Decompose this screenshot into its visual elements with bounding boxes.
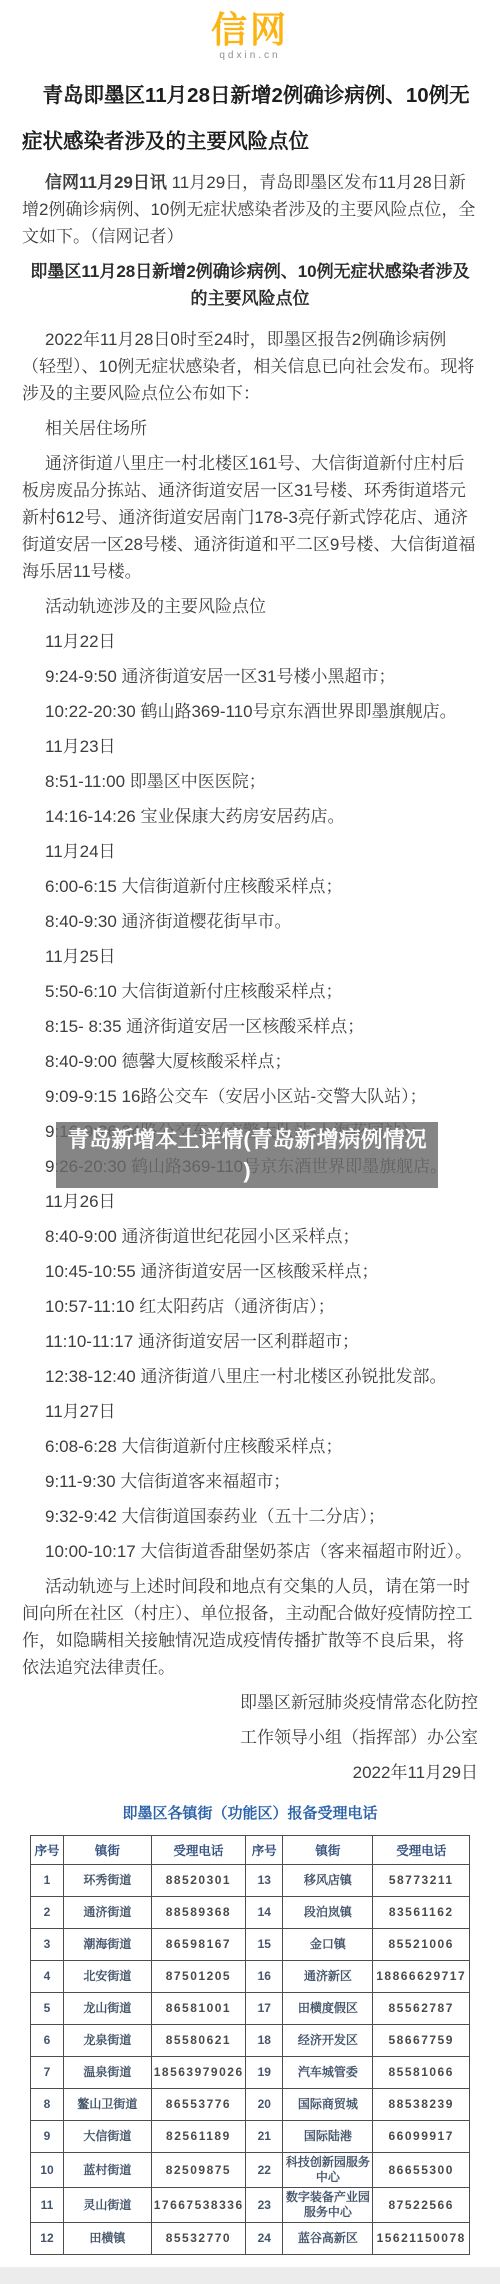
table-cell: 88589368 (151, 1897, 245, 1929)
date-heading: 11月23日 (22, 733, 478, 760)
table-cell: 18866629717 (373, 1961, 470, 1993)
timeline-entry: 8:40-9:00 德馨大厦核酸采样点； (22, 1048, 478, 1075)
intro-lead: 信网11月29日讯 (45, 173, 167, 192)
signoff-line: 即墨区新冠肺炎疫情常态化防控 (22, 1689, 478, 1716)
table-cell: 通济新区 (283, 1961, 373, 1993)
table-cell: 83561162 (373, 1897, 470, 1929)
table-cell: 20 (246, 2089, 283, 2121)
table-row: 12田横镇8553277024蓝谷高新区15621150078 (31, 2223, 470, 2255)
table-cell: 2 (31, 1897, 64, 1929)
table-cell: 88520301 (151, 1865, 245, 1897)
timeline-entry: 10:22-20:30 鹤山路369-110号京东酒世界即墨旗舰店。 (22, 698, 478, 725)
table-cell: 66099917 (373, 2121, 470, 2153)
timeline-entry: 8:51-11:00 即墨区中医医院； (22, 768, 478, 795)
table-row: 9大信街道8256118921国际陆港66099917 (31, 2121, 470, 2153)
table-row: 2通济街道8858936814段泊岚镇83561162 (31, 1897, 470, 1929)
table-cell: 通济街道 (63, 1897, 151, 1929)
phone-table-section: 即墨区各镇街（功能区）报备受理电话 序号 镇街 受理电话 序号 镇街 受理电话 … (30, 1802, 470, 2284)
date-heading: 11月26日 (22, 1188, 478, 1215)
table-cell: 7 (31, 2057, 64, 2089)
column-header: 序号 (246, 1836, 283, 1865)
signoff-line: 2022年11月29日 (22, 1759, 478, 1786)
table-cell: 3 (31, 1929, 64, 1961)
table-cell: 88538239 (373, 2089, 470, 2121)
table-cell: 潮海街道 (63, 1929, 151, 1961)
table-cell: 17 (246, 1993, 283, 2025)
table-header-row: 序号 镇街 受理电话 序号 镇街 受理电话 (31, 1836, 470, 1865)
table-cell: 4 (31, 1961, 64, 1993)
table-cell: 12 (31, 2223, 64, 2255)
timeline-entry: 9:09-9:15 16路公交车（安居小区站-交警大队站）； (22, 1083, 478, 1110)
timeline-entry: 9:24-9:50 通济街道安居一区31号楼小黑超市； (22, 663, 478, 690)
table-row: 8鳌山卫街道8655377620国际商贸城88538239 (31, 2089, 470, 2121)
timeline-entry: 14:16-14:26 宝业保康大药房安居药店。 (22, 803, 478, 830)
page-root: { "logo": { "text": "信网", "domain": "qdx… (0, 0, 500, 2284)
timeline-entry: 8:40-9:30 通济街道樱花街早市。 (22, 908, 478, 935)
table-row: 7温泉街道1856397902619汽车城管委85581066 (31, 2057, 470, 2089)
date-heading: 11月22日 (22, 628, 478, 655)
table-cell: 14 (246, 1897, 283, 1929)
watermark-line1: 青岛新增本土详情(青岛新增病例情况 (56, 1124, 438, 1155)
table-cell: 87522566 (373, 2188, 470, 2223)
table-cell: 87501205 (151, 1961, 245, 1993)
watermark-anchor: 9:16-9:26 34路公交车（交警大队站-上海花园站）； 9:26-20:3… (22, 1118, 478, 1180)
table-cell: 19 (246, 2057, 283, 2089)
table-cell: 17667538336 (151, 2188, 245, 2223)
signoff-line: 工作领导小组（指挥部）办公室 (22, 1724, 478, 1751)
table-cell: 6 (31, 2025, 64, 2057)
date-heading: 11月27日 (22, 1398, 478, 1425)
table-cell: 85581066 (373, 2057, 470, 2089)
table-row: 6龙泉街道8558062118经济开发区58667759 (31, 2025, 470, 2057)
table-cell: 移风店镇 (283, 1865, 373, 1897)
table-cell: 13 (246, 1865, 283, 1897)
timeline-entry: 8:40-9:00 通济街道世纪花园小区采样点； (22, 1223, 478, 1250)
section-label-risk-points: 活动轨迹涉及的主要风险点位 (22, 593, 478, 620)
table-cell: 田横镇 (63, 2223, 151, 2255)
table-cell: 23 (246, 2188, 283, 2223)
table-cell: 22 (246, 2153, 283, 2188)
table-cell: 国际商贸城 (283, 2089, 373, 2121)
table-cell: 5 (31, 1993, 64, 2025)
table-cell: 田横度假区 (283, 1993, 373, 2025)
article-subtitle: 即墨区11月28日新增2例确诊病例、10例无症状感染者涉及的主要风险点位 (22, 258, 478, 312)
table-cell: 灵山街道 (63, 2188, 151, 2223)
table-cell: 86581001 (151, 1993, 245, 2025)
column-header: 受理电话 (373, 1836, 470, 1865)
table-cell: 85562787 (373, 1993, 470, 2025)
phone-table: 序号 镇街 受理电话 序号 镇街 受理电话 1环秀街道8852030113移风店… (30, 1835, 470, 2255)
footer-bar (0, 2267, 500, 2284)
table-cell: 科技创新园服务中心 (283, 2153, 373, 2188)
timeline-entry: 6:00-6:15 大信街道新付庄核酸采样点； (22, 873, 478, 900)
site-logo-text: 信网 (0, 12, 500, 48)
table-cell: 蓝谷高新区 (283, 2223, 373, 2255)
watermark-overlay: 青岛新增本土详情(青岛新增病例情况 ) (56, 1122, 438, 1188)
table-cell: 龙山街道 (63, 1993, 151, 2025)
table-row: 4北安街道8750120516通济新区18866629717 (31, 1961, 470, 1993)
timeline-entry: 10:00-10:17 大信街道香甜堡奶茶店（客来福超市附近）。 (22, 1538, 478, 1565)
table-cell: 21 (246, 2121, 283, 2153)
table-cell: 温泉街道 (63, 2057, 151, 2089)
watermark-line2: ) (56, 1155, 438, 1186)
timeline-entry: 11:10-11:17 通济街道安居一区利群超市； (22, 1328, 478, 1355)
article-paragraph: 通济街道八里庄一村北楼区161号、大信街道新付庄村后板房废品分拣站、通济街道安居… (22, 450, 478, 585)
table-row: 10蓝村街道8250987522科技创新园服务中心86655300 (31, 2153, 470, 2188)
table-cell: 85521006 (373, 1929, 470, 1961)
table-cell: 国际陆港 (283, 2121, 373, 2153)
section-label-residences: 相关居住场所 (22, 415, 478, 442)
timeline-entry: 5:50-6:10 大信街道新付庄核酸采样点； (22, 978, 478, 1005)
timeline-entry: 12:38-12:40 通济街道八里庄一村北楼区孙锐批发部。 (22, 1363, 478, 1390)
timeline-entry: 9:32-9:42 大信街道国泰药业（五十二分店）； (22, 1503, 478, 1530)
table-cell: 24 (246, 2223, 283, 2255)
site-logo-domain: qdxin.cn (0, 51, 500, 61)
column-header: 序号 (31, 1836, 64, 1865)
table-cell: 龙泉街道 (63, 2025, 151, 2057)
table-cell: 鳌山卫街道 (63, 2089, 151, 2121)
table-row: 3潮海街道8659816715金口镇85521006 (31, 1929, 470, 1961)
table-cell: 数字装备产业园服务中心 (283, 2188, 373, 2223)
table-cell: 16 (246, 1961, 283, 1993)
article-title: 青岛即墨区11月28日新增2例确诊病例、10例无症状感染者涉及的主要风险点位 (22, 73, 478, 165)
table-row: 11灵山街道1766753833623数字装备产业园服务中心87522566 (31, 2188, 470, 2223)
table-cell: 15621150078 (373, 2223, 470, 2255)
article-paragraph: 活动轨迹与上述时间段和地点有交集的人员，请在第一时间向所在社区（村庄）、单位报备… (22, 1573, 478, 1681)
table-cell: 金口镇 (283, 1929, 373, 1961)
timeline-entry: 10:45-10:55 通济街道安居一区核酸采样点； (22, 1258, 478, 1285)
timeline-entry: 9:11-9:30 大信街道客来福超市； (22, 1468, 478, 1495)
table-cell: 11 (31, 2188, 64, 2223)
table-cell: 经济开发区 (283, 2025, 373, 2057)
table-cell: 9 (31, 2121, 64, 2153)
column-header: 镇街 (63, 1836, 151, 1865)
column-header: 受理电话 (151, 1836, 245, 1865)
table-cell: 大信街道 (63, 2121, 151, 2153)
timeline-entry: 8:15- 8:35 通济街道安居一区核酸采样点； (22, 1013, 478, 1040)
table-cell: 汽车城管委 (283, 2057, 373, 2089)
site-logo: 信网 qdxin.cn (0, 0, 500, 61)
table-cell: 段泊岚镇 (283, 1897, 373, 1929)
table-cell: 58773211 (373, 1865, 470, 1897)
table-cell: 15 (246, 1929, 283, 1961)
date-heading: 11月24日 (22, 838, 478, 865)
table-cell: 58667759 (373, 2025, 470, 2057)
table-cell: 环秀街道 (63, 1865, 151, 1897)
table-cell: 蓝村街道 (63, 2153, 151, 2188)
table-cell: 86598167 (151, 1929, 245, 1961)
table-row: 1环秀街道8852030113移风店镇58773211 (31, 1865, 470, 1897)
date-heading: 11月25日 (22, 943, 478, 970)
timeline-entry: 6:08-6:28 大信街道新付庄核酸采样点； (22, 1433, 478, 1460)
table-cell: 1 (31, 1865, 64, 1897)
table-cell: 86655300 (373, 2153, 470, 2188)
intro-paragraph: 信网11月29日讯 11月29日，青岛即墨区发布11月28日新增2例确诊病例、1… (22, 169, 478, 250)
table-cell: 82509875 (151, 2153, 245, 2188)
table-cell: 北安街道 (63, 1961, 151, 1993)
table-cell: 86553776 (151, 2089, 245, 2121)
table-row: 5龙山街道8658100117田横度假区85562787 (31, 1993, 470, 2025)
table-cell: 18563979026 (151, 2057, 245, 2089)
table-cell: 8 (31, 2089, 64, 2121)
table-cell: 85532770 (151, 2223, 245, 2255)
timeline-entry: 10:57-11:10 红太阳药店（通济街店）； (22, 1293, 478, 1320)
article-paragraph: 2022年11月28日0时至24时，即墨区报告2例确诊病例（轻型）、10例无症状… (22, 326, 478, 407)
table-cell: 85580621 (151, 2025, 245, 2057)
table-cell: 10 (31, 2153, 64, 2188)
article-body: 青岛即墨区11月28日新增2例确诊病例、10例无症状感染者涉及的主要风险点位 信… (0, 73, 500, 1786)
table-cell: 18 (246, 2025, 283, 2057)
column-header: 镇街 (283, 1836, 373, 1865)
phone-table-title: 即墨区各镇街（功能区）报备受理电话 (30, 1802, 470, 1823)
table-cell: 82561189 (151, 2121, 245, 2153)
